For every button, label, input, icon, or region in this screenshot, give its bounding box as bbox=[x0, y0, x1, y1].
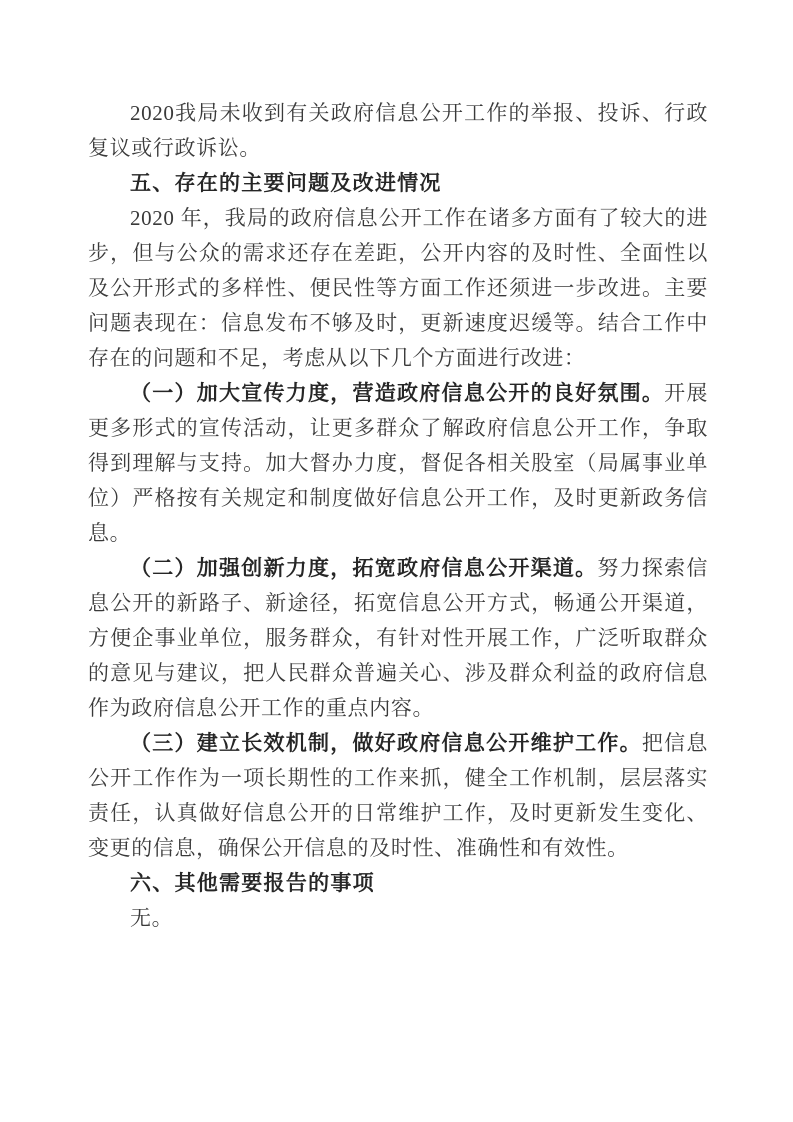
heading-section-6: 六、其他需要报告的事项 bbox=[88, 866, 708, 901]
para-measure-3: （三）建立长效机制，做好政府信息公开维护工作。把信息公开工作作为一项长期性的工作… bbox=[88, 726, 708, 866]
measure-2-lead: （二）加强创新力度，拓宽政府信息公开渠道。 bbox=[130, 556, 597, 580]
para-improvement-overview: 2020 年，我局的政府信息公开工作在诸多方面有了较大的进步，但与公众的需求还存… bbox=[88, 201, 708, 376]
measure-1-lead: （一）加大宣传力度，营造政府信息公开的良好氛围。 bbox=[130, 381, 664, 405]
para-complaints: 2020我局未收到有关政府信息公开工作的举报、投诉、行政复议或行政诉讼。 bbox=[88, 96, 708, 166]
heading-section-5: 五、存在的主要问题及改进情况 bbox=[88, 166, 708, 201]
para-measure-1: （一）加大宣传力度，营造政府信息公开的良好氛围。开展更多形式的宣传活动，让更多群… bbox=[88, 376, 708, 551]
document-text-block: 2020我局未收到有关政府信息公开工作的举报、投诉、行政复议或行政诉讼。 五、存… bbox=[88, 96, 708, 936]
document-page: 2020我局未收到有关政府信息公开工作的举报、投诉、行政复议或行政诉讼。 五、存… bbox=[0, 0, 793, 1122]
measure-2-body: 努力探索信息公开的新路子、新途径，拓宽信息公开方式，畅通公开渠道，方便企事业单位… bbox=[88, 556, 708, 720]
measure-1-body: 开展更多形式的宣传活动，让更多群众了解政府信息公开工作，争取得到理解与支持。加大… bbox=[88, 381, 708, 545]
para-measure-2: （二）加强创新力度，拓宽政府信息公开渠道。努力探索信息公开的新路子、新途径，拓宽… bbox=[88, 551, 708, 726]
para-none: 无。 bbox=[88, 901, 708, 936]
measure-3-lead: （三）建立长效机制，做好政府信息公开维护工作。 bbox=[130, 731, 642, 755]
